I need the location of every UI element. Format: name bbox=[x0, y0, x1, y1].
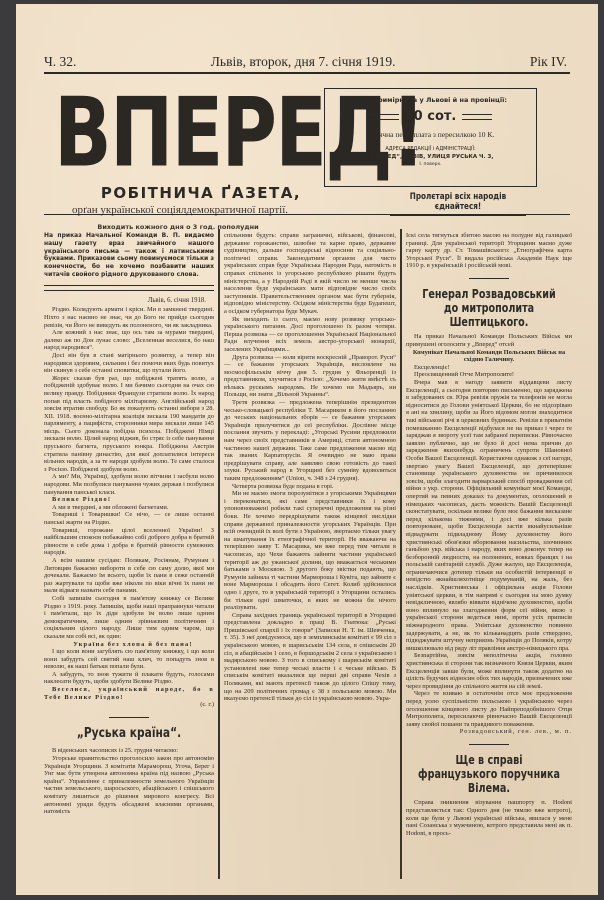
article-paragraph: Як виходить із сього, маємо нову розвязк… bbox=[224, 316, 396, 354]
article-paragraph: Справа зникнення візування пашпорту п. H… bbox=[406, 799, 572, 837]
address-label: АДРЕСА РЕДАКЦІЇ і АДМІНІСТРАЦІЇ: bbox=[325, 146, 536, 152]
column-left: На приказ Начальної Команди В. П. видаєм… bbox=[44, 232, 214, 882]
year-number: Рік IV. bbox=[530, 54, 567, 70]
publication-schedule: Виходить кожного дня о 3 год. пополудни bbox=[78, 223, 278, 231]
article-paragraph: Справа західних границь української тери… bbox=[224, 612, 396, 703]
article-divider bbox=[469, 744, 509, 746]
article-paragraph: спільними будуть: справи заграничні, вій… bbox=[224, 232, 396, 316]
price-box: Ціна примірника у Львові й на провінції:… bbox=[324, 88, 537, 187]
article-paragraph: А всім нашим сусідам: Полякам, Росіянам,… bbox=[44, 557, 214, 595]
article-headline: Генерал Розвадовський до митрополита Шеп… bbox=[418, 287, 560, 329]
editorial-address: „ВПЕРЕД“, ЛЬВІВ, УЛИЦЯ РУСЬКА Ч. 3, bbox=[325, 154, 536, 160]
issue-dateline: Львів, второк, дня 7. січня 1919. bbox=[211, 54, 396, 70]
masthead-top-rule bbox=[44, 72, 570, 74]
price-label: Ціна примірника у Львові й на провінції: bbox=[325, 96, 536, 104]
article-paragraph: Друга розвязка — коли вірити воскресній … bbox=[224, 354, 396, 400]
article-paragraph: Третя розвязка — предложена теперішнім п… bbox=[224, 399, 396, 483]
article-paragraph: А ми в твердині, а ми обложені багнетами… bbox=[44, 504, 214, 512]
column-rule-right bbox=[400, 229, 402, 879]
article-paragraph: А ми? Ми, Українці, здобули волю вітчини… bbox=[44, 473, 214, 496]
article-signature: Розвадовський, ген. лев., м. п. bbox=[406, 728, 572, 736]
address-floor: I. поверх. bbox=[325, 162, 536, 167]
double-rule-decoration bbox=[369, 114, 399, 120]
column-rule-left bbox=[218, 229, 220, 879]
article-paragraph: Ми не маємо змоги порозумітися з угорськ… bbox=[224, 490, 396, 612]
party-slogan: Пролєтарі всіх народів єднайтеся! bbox=[390, 192, 526, 216]
article-paragraph: Четверта розвязка буде подана в горі. bbox=[224, 483, 396, 491]
subscription-price: Місячна передплата з пересилкою 10 К. bbox=[325, 130, 536, 139]
newspaper-page: Ч. 32. Львів, второк, дня 7. січня 1919.… bbox=[16, 4, 598, 895]
article-paragraph: Собі запишім сьогодня в пам'ятєву книжку… bbox=[44, 595, 214, 641]
price-row: 50 сот. bbox=[325, 109, 536, 124]
article-paragraph: Угорське правительство проголосило закон… bbox=[44, 755, 214, 816]
article-paragraph: Різдво. Колядують армати і кріси. Ми в з… bbox=[44, 306, 214, 329]
masthead-info-line: Ч. 32. Львів, второк, дня 7. січня 1919.… bbox=[44, 54, 567, 70]
article-exclamation: Велике Різдво! bbox=[44, 496, 214, 504]
price-value: 50 сот. bbox=[405, 109, 457, 124]
article-paragraph: Вчера мав я нагоду заявити віддавцеви ли… bbox=[406, 379, 572, 652]
column-middle: спільними будуть: справи заграничні, вій… bbox=[224, 232, 396, 882]
article-headline: „Руська країна“. bbox=[59, 726, 198, 741]
article-paragraph: Жорес сказав був раз, що побіджені тратя… bbox=[44, 375, 214, 474]
article-intro: В віденських часописях із 25. грудня чит… bbox=[44, 747, 214, 755]
article-closing: Веселися, український народе, бо в Тебе … bbox=[44, 686, 214, 701]
article-paragraph: І що коли вони загублять сю пам'ятєву кн… bbox=[44, 648, 214, 671]
censorship-notice: На приказ Начальної Команди В. П. видаєм… bbox=[44, 232, 214, 279]
address-line: Преосвященний Отче Митрополите! bbox=[406, 371, 572, 379]
newspaper-subtitle: РОБІТНИЧА ҐАЗЕТА, bbox=[91, 184, 311, 202]
article-intro: На приказ Начальної Команди Польських Ві… bbox=[406, 333, 572, 348]
article-paragraph: Але кожний з нас знає, що ось там за мур… bbox=[44, 329, 214, 352]
article-divider bbox=[469, 278, 509, 280]
masthead-bottom-rule bbox=[44, 214, 570, 215]
notice-divider bbox=[44, 285, 214, 291]
article-motto: Україна без хлопа й без пана! bbox=[44, 641, 214, 649]
article-paragraph: Безпартійна, зовсім неполітична акція, г… bbox=[406, 652, 572, 690]
article-signature: (є. г.) bbox=[44, 701, 214, 709]
article-paragraph: А забудуть, то знов тужити й плакати буд… bbox=[44, 671, 214, 686]
newspaper-title: ВПЕРЕД! bbox=[54, 79, 284, 187]
article-divider bbox=[109, 717, 149, 719]
article-paragraph: Досі він був в стані матірнього розвитку… bbox=[44, 352, 214, 375]
article-paragraph: Через те взиваю в остаточнім отсе моє пр… bbox=[406, 690, 572, 728]
issue-number: Ч. 32. bbox=[44, 54, 76, 70]
article-paragraph: Товариші і Товаришки! Се нічо, — се лише… bbox=[44, 511, 214, 526]
article-paragraph: Іскі села тягнуться збитою масою на полу… bbox=[406, 232, 572, 270]
double-rule-decoration bbox=[462, 114, 492, 120]
communique-title: Комунікат Начальної Команди Польських Ві… bbox=[406, 349, 572, 364]
column-right: Іскі села тягнуться збитою масою на полу… bbox=[406, 232, 572, 882]
article-dateline: Львів, 6. січня 1918. bbox=[44, 297, 206, 305]
salutation: Ексцеленціє! bbox=[406, 364, 572, 372]
article-headline: Ще в справі французького поручника Вілем… bbox=[418, 753, 560, 795]
article-paragraph: Товариші, горожане цілої вселенної Украї… bbox=[44, 527, 214, 557]
